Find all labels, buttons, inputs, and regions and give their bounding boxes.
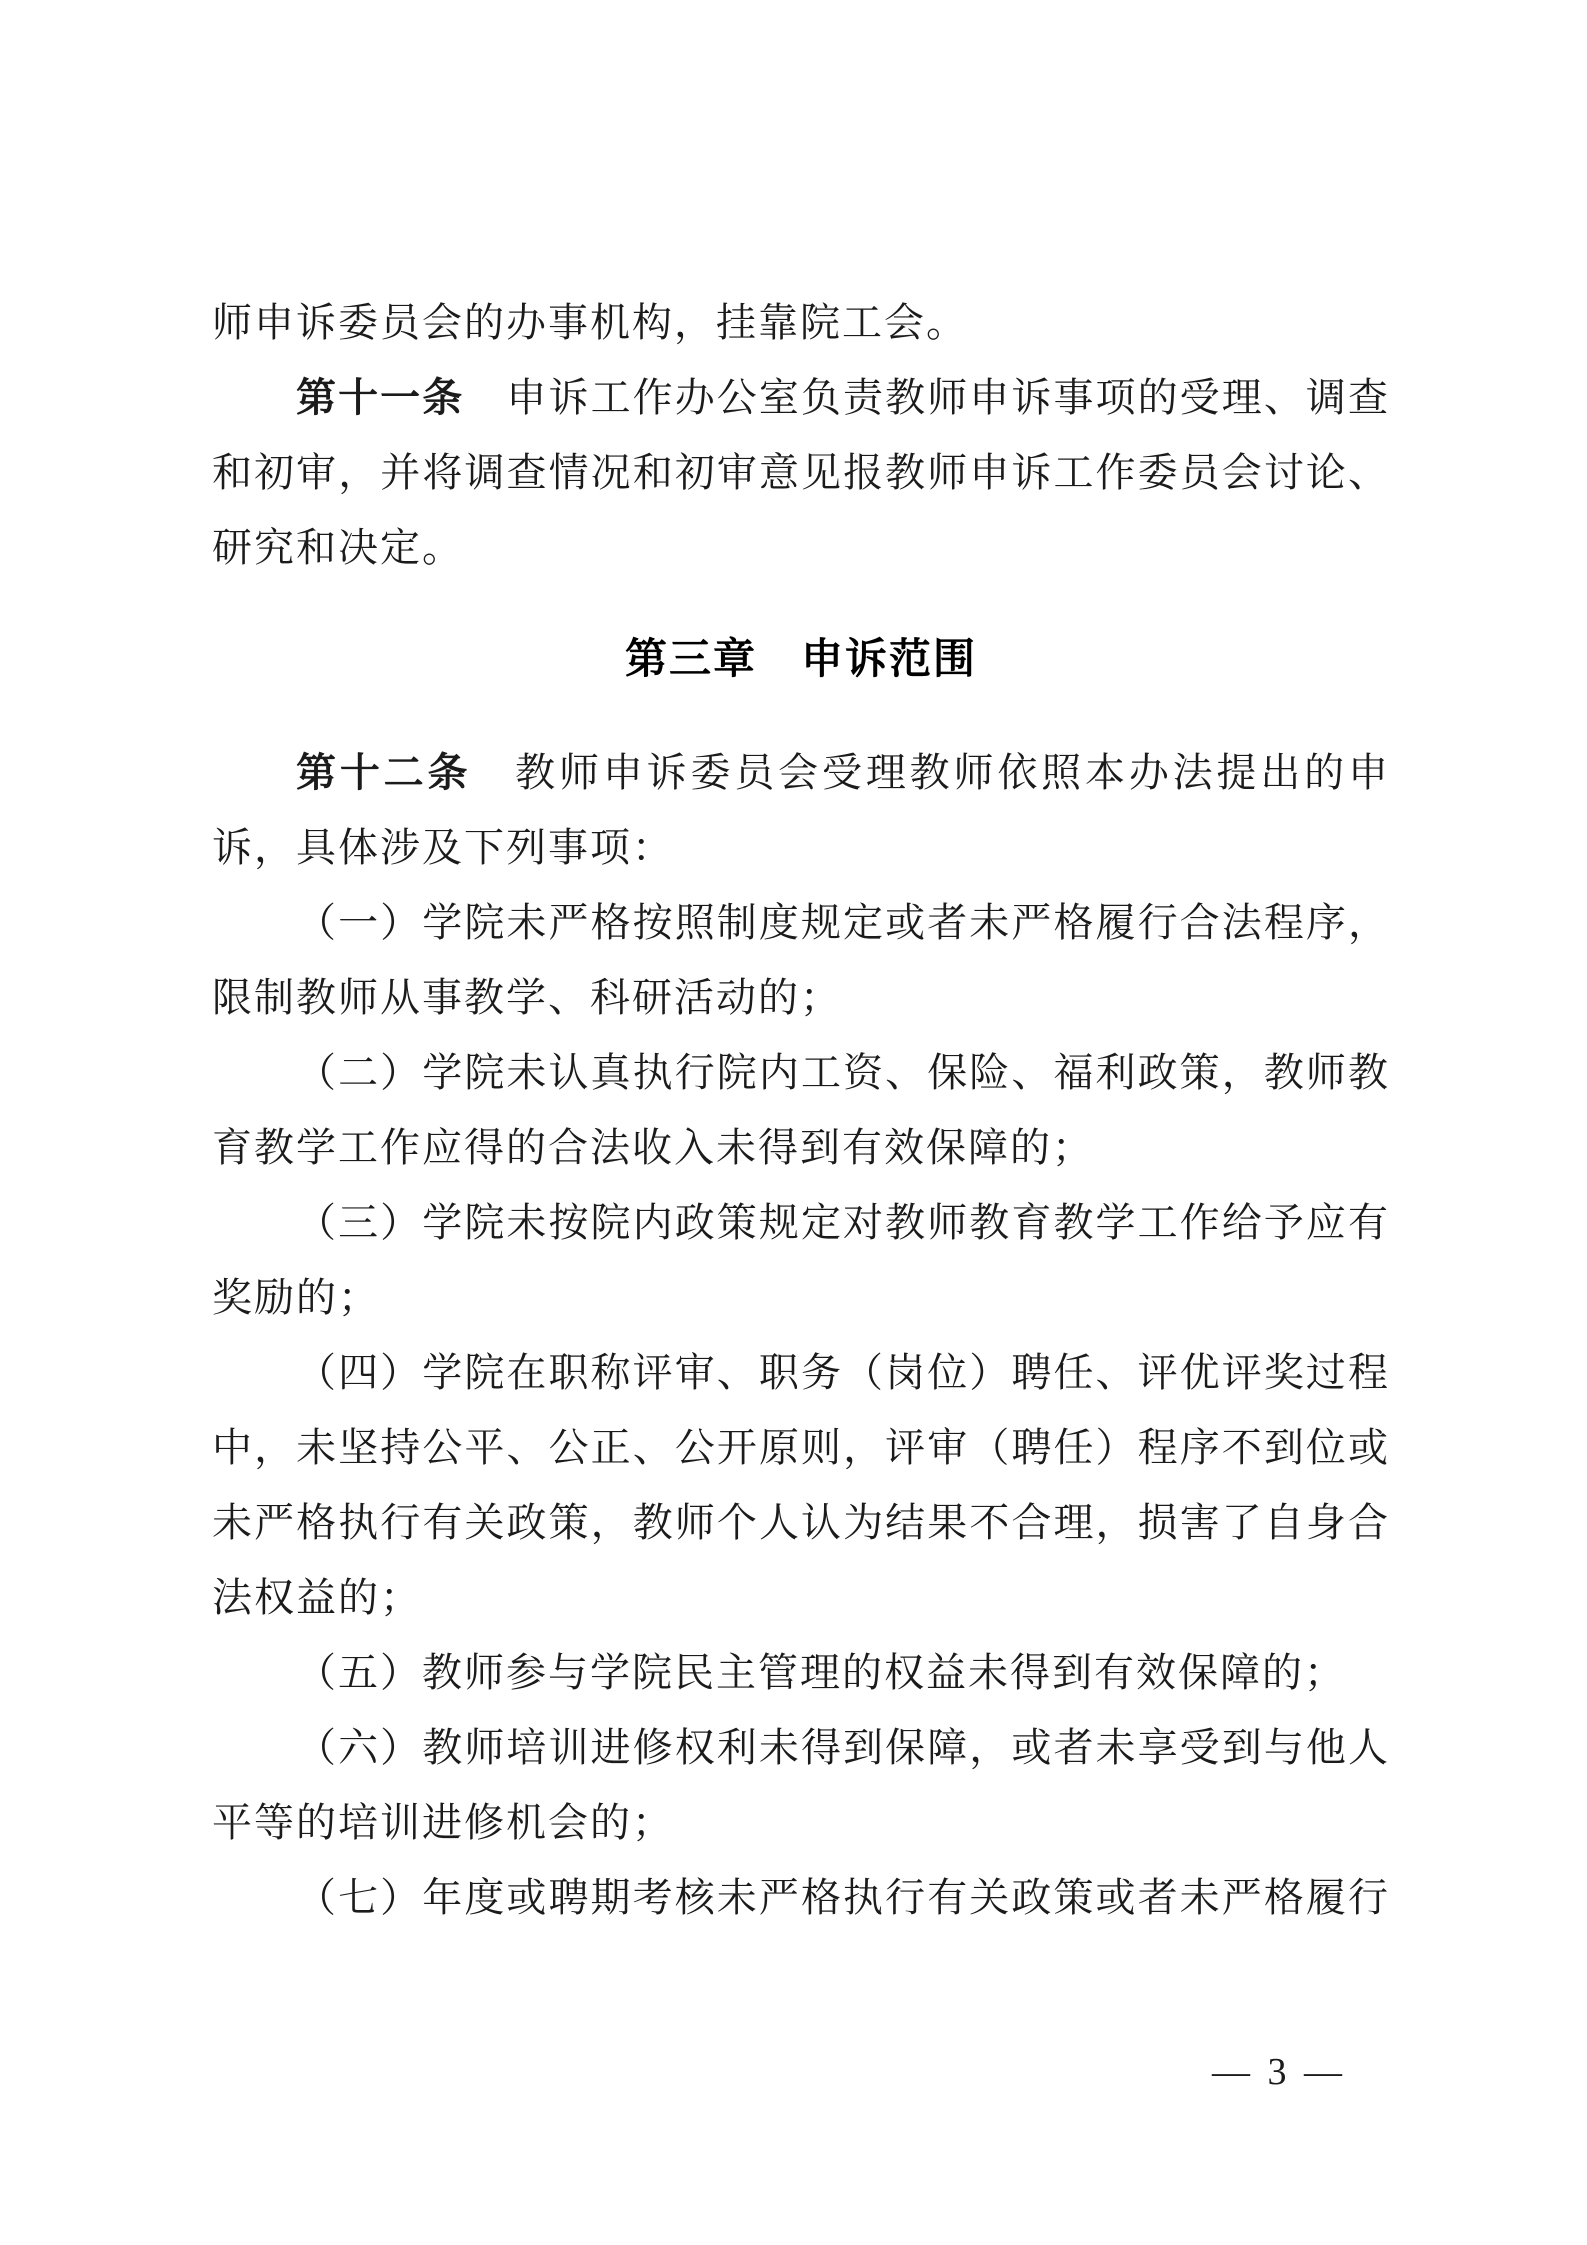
- text-line: 未严格执行有关政策，教师个人认为结果不合理，损害了自身合: [212, 1485, 1390, 1560]
- text-line: 研究和决定。: [212, 510, 1390, 585]
- document-text-block: 师申诉委员会的办事机构，挂靠院工会。 第十一条 申诉工作办公室负责教师申诉事项的…: [212, 285, 1390, 1935]
- text-line: 育教学工作应得的合法收入未得到有效保障的；: [212, 1110, 1390, 1185]
- text-line: 限制教师从事教学、科研活动的；: [212, 960, 1390, 1035]
- page-number: — 3 —: [1212, 2050, 1346, 2094]
- article-number: 第十一条: [296, 375, 464, 420]
- text-line: 和初审，并将调查情况和初审意见报教师申诉工作委员会讨论、: [212, 435, 1390, 510]
- text-line: 第十一条 申诉工作办公室负责教师申诉事项的受理、调查: [212, 360, 1390, 435]
- text-line: （一）学院未严格按照制度规定或者未严格履行合法程序，: [212, 885, 1390, 960]
- text-line: 平等的培训进修机会的；: [212, 1785, 1390, 1860]
- text-line: 诉，具体涉及下列事项：: [212, 810, 1390, 885]
- document-page: 师申诉委员会的办事机构，挂靠院工会。 第十一条 申诉工作办公室负责教师申诉事项的…: [0, 0, 1587, 2245]
- chapter-heading: 第三章 申诉范围: [212, 621, 1390, 696]
- text-line: （四）学院在职称评审、职务（岗位）聘任、评优评奖过程: [212, 1335, 1390, 1410]
- text-line: （二）学院未认真执行院内工资、保险、福利政策，教师教: [212, 1035, 1390, 1110]
- text-line: （六）教师培训进修权利未得到保障，或者未享受到与他人: [212, 1710, 1390, 1785]
- text-line: （五）教师参与学院民主管理的权益未得到有效保障的；: [212, 1635, 1390, 1710]
- text-line: 第十二条 教师申诉委员会受理教师依照本办法提出的申: [212, 735, 1390, 810]
- line-text: 教师申诉委员会受理教师依照本办法提出的申: [471, 750, 1390, 795]
- text-line: （三）学院未按院内政策规定对教师教育教学工作给予应有: [212, 1185, 1390, 1260]
- text-line: 奖励的；: [212, 1260, 1390, 1335]
- article-number: 第十二条: [296, 750, 471, 795]
- line-text: 申诉工作办公室负责教师申诉事项的受理、调查: [464, 375, 1390, 420]
- text-line: 法权益的；: [212, 1560, 1390, 1635]
- text-line: 中，未坚持公平、公正、公开原则，评审（聘任）程序不到位或: [212, 1410, 1390, 1485]
- text-line: （七）年度或聘期考核未严格执行有关政策或者未严格履行: [212, 1860, 1390, 1935]
- text-line: 师申诉委员会的办事机构，挂靠院工会。: [212, 285, 1390, 360]
